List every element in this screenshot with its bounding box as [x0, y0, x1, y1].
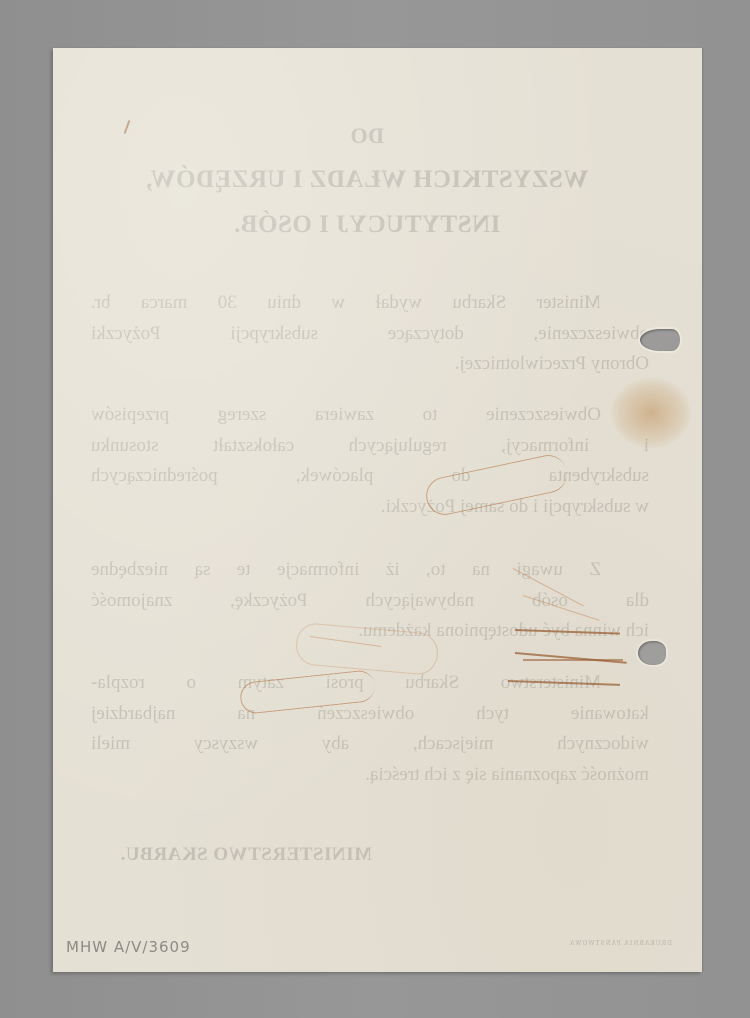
paragraph-line: widocznych miejscach, aby wszyscy mieli [91, 729, 649, 760]
paragraph-line: Obrony Przeciwlotniczej. [91, 349, 649, 380]
paragraph-2: Obwieszczenie to zawiera szereg przepisó… [91, 400, 649, 522]
paragraph-line: i informacyj, regulujących całokształt s… [91, 431, 649, 462]
heading-line-2: INSTYTUCYJ I OSÓB. [97, 211, 637, 239]
document-sheet: DO WSZYSTKICH WŁADZ I URZĘDÓW, INSTYTUCY… [53, 48, 702, 972]
heading-do: DO [97, 123, 637, 149]
paragraph-line: Obwieszczenie to zawiera szereg przepisó… [91, 400, 649, 431]
inventory-number-pencil: MHW A/V/3609 [66, 938, 191, 956]
foxing-stain [611, 378, 691, 448]
paragraph-line: katowanie tych obwieszczeń na najbardzie… [91, 699, 649, 730]
paragraph-line: Z uwagi na to, iż informacje te są niezb… [91, 555, 649, 586]
paragraph-line: obwieszczenie, dotyczące subskrypcji Poż… [91, 319, 649, 350]
paragraph-line: w subskrypcji i do samej Pożyczki. [91, 492, 649, 523]
paragraph-line: możność zapoznania się z ich treścią. [91, 760, 649, 791]
paragraph-line: Minister Skarbu wydał w dniu 30 marca br… [91, 288, 649, 319]
heading-line-1: WSZYSTKICH WŁADZ I URZĘDÓW, [97, 166, 637, 194]
paragraph-line: dla osób nabywających Pożyczkę, znajomoś… [91, 586, 649, 617]
mirrored-bleed-through-text: DO WSZYSTKICH WŁADZ I URZĘDÓW, INSTYTUCY… [53, 48, 702, 972]
punch-hole-bottom [638, 641, 666, 665]
rust-streak [523, 659, 623, 661]
punch-hole-top [640, 329, 680, 351]
signature-ministry: MINISTERSTWO SKARBU. [120, 844, 372, 866]
printer-imprint: DRUKARNIA PAŃSTWOWA [569, 940, 672, 947]
paragraph-1: Minister Skarbu wydał w dniu 30 marca br… [91, 288, 649, 380]
